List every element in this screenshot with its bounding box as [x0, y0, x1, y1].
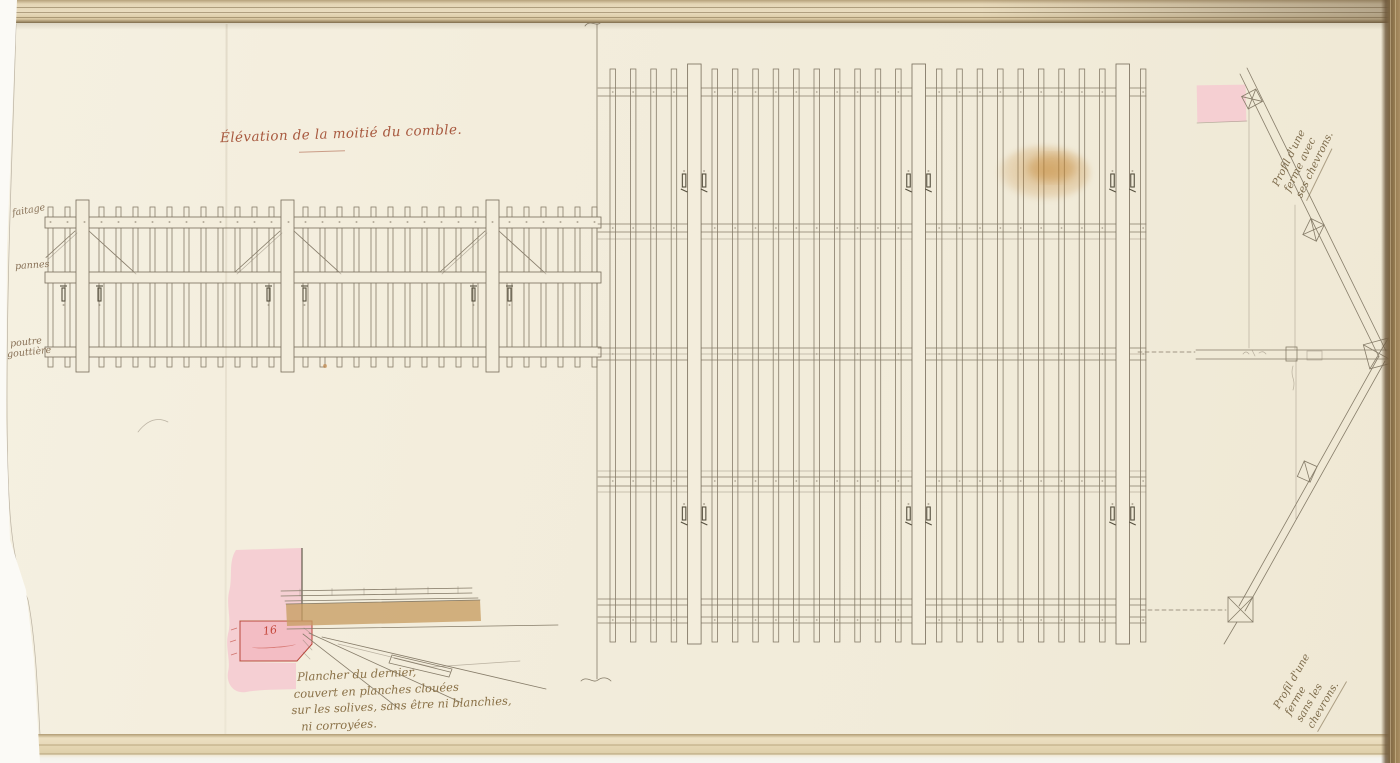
hook-hardware — [927, 174, 931, 187]
nail-dot — [1142, 480, 1144, 482]
rafter-slat — [235, 207, 240, 367]
hook-dot — [703, 503, 705, 505]
nail-dot — [543, 221, 545, 223]
joist — [875, 69, 881, 642]
nail-dot — [775, 480, 777, 482]
hook-hardware — [1131, 507, 1135, 520]
hook-hardware — [702, 174, 706, 187]
joist — [773, 69, 779, 642]
hook-hardware — [1109, 189, 1116, 192]
lower-rafter-line-1 — [1245, 361, 1385, 611]
beam-band — [45, 347, 601, 357]
nail-dot — [755, 619, 757, 621]
nail-dot — [271, 221, 273, 223]
joist — [936, 69, 942, 642]
rafter-slat — [371, 207, 376, 367]
hook-hardware — [1109, 522, 1116, 525]
nail-dot — [857, 227, 859, 229]
cleat-hardware — [62, 288, 65, 301]
nail-dot — [897, 619, 899, 621]
nail-dot — [755, 227, 757, 229]
rafter-slat — [48, 207, 53, 367]
misc-marks — [7, 0, 1182, 735]
ridge-tick — [775, 353, 776, 354]
nail-dot — [169, 221, 171, 223]
nail-dot — [816, 619, 818, 621]
nail-dot — [653, 91, 655, 93]
joist — [753, 69, 759, 642]
rafter-slat — [541, 207, 546, 367]
nail-dot — [458, 221, 460, 223]
nail-dot — [734, 480, 736, 482]
nail-dot — [1081, 619, 1083, 621]
nail-dot — [407, 221, 409, 223]
nail-dot — [220, 221, 222, 223]
nail-dot — [653, 227, 655, 229]
joist — [977, 69, 983, 642]
page-edge-streak — [1390, 0, 1391, 763]
ridge-tick — [898, 353, 899, 354]
nail-dot — [67, 221, 69, 223]
rafter-slat — [405, 207, 410, 367]
plank-line-2 — [281, 593, 472, 596]
rafter-slat — [303, 207, 308, 367]
nail-dot — [118, 221, 120, 223]
nail-dot — [237, 221, 239, 223]
nail-dot — [673, 480, 675, 482]
cleat-hardware — [267, 288, 270, 301]
nail-dot — [612, 480, 614, 482]
nail-dot — [632, 619, 634, 621]
rafter-slat — [99, 207, 104, 367]
ridge-tick — [612, 353, 613, 354]
diagonal-brace — [91, 233, 136, 274]
cleat-hardware — [303, 288, 306, 301]
nail-dot — [755, 91, 757, 93]
nail-dot — [1061, 480, 1063, 482]
truss-profile-drawing — [1138, 68, 1395, 644]
cleat-dot — [509, 304, 511, 306]
nail-dot — [897, 227, 899, 229]
page-stack-top-edge — [0, 0, 1400, 23]
hook-hardware — [681, 522, 688, 525]
rafter-slat — [269, 207, 274, 367]
axis-break-mark-bottom — [581, 678, 611, 681]
nail-dot — [1020, 91, 1022, 93]
nail-dot — [322, 221, 324, 223]
plank-line-1 — [281, 588, 472, 591]
nail-dot — [1040, 91, 1042, 93]
joist — [630, 69, 636, 642]
roof-elevation-drawing — [45, 200, 601, 372]
rafter-slat — [558, 207, 563, 367]
nail-dot — [714, 227, 716, 229]
nail-dot — [897, 91, 899, 93]
hook-dot — [927, 503, 929, 505]
hook-hardware — [682, 507, 686, 520]
board-bottom-edge — [287, 625, 558, 629]
hook-hardware — [907, 174, 911, 187]
ridge-tick — [1061, 353, 1062, 354]
wood-tan-wash — [286, 600, 481, 626]
cleat-hardware — [472, 288, 475, 301]
nail-dot — [857, 480, 859, 482]
nail-dot — [1142, 91, 1144, 93]
nail-dot — [979, 619, 981, 621]
hook-hardware — [701, 522, 708, 525]
nail-dot — [441, 221, 443, 223]
nail-dot — [1040, 619, 1042, 621]
nail-dot — [959, 91, 961, 93]
nail-dot — [836, 91, 838, 93]
hook-dot — [683, 503, 685, 505]
nail-dot — [673, 619, 675, 621]
hook-hardware — [681, 189, 688, 192]
rafter-slat — [133, 207, 138, 367]
nail-dot — [1101, 227, 1103, 229]
diagonal-brace — [442, 233, 487, 274]
hook-dot — [683, 170, 685, 172]
joist — [998, 69, 1004, 642]
nail-dot — [492, 221, 494, 223]
nail-dot — [877, 227, 879, 229]
nail-dot — [979, 91, 981, 93]
hook-hardware — [1129, 189, 1136, 192]
nail-dot — [836, 619, 838, 621]
nail-dot — [152, 221, 154, 223]
nail-dot — [1040, 227, 1042, 229]
rafter-slat — [439, 207, 444, 367]
rafter-slat — [150, 207, 155, 367]
ridge-tick — [1020, 353, 1021, 354]
page-edge-streak — [1395, 0, 1396, 763]
nail-dot — [653, 480, 655, 482]
top-edge-corner-shadow — [980, 0, 1400, 23]
rafter-slat — [167, 207, 172, 367]
nail-dot — [526, 221, 528, 223]
cleat-dot — [304, 304, 306, 306]
nail-dot — [959, 480, 961, 482]
nail-dot — [424, 221, 426, 223]
nail-dot — [857, 91, 859, 93]
hook-hardware — [1131, 174, 1135, 187]
nail-dot — [775, 619, 777, 621]
rafter-slat — [184, 207, 189, 367]
beam-band — [45, 272, 601, 283]
ridge-tick — [979, 353, 980, 354]
nail-dot — [653, 619, 655, 621]
nail-dot — [305, 221, 307, 223]
diagonal-brace — [235, 231, 280, 272]
diagonal-brace — [237, 233, 282, 274]
nail-dot — [877, 619, 879, 621]
tie-dimension-marks — [1243, 350, 1266, 356]
hook-hardware — [925, 522, 932, 525]
joist — [794, 69, 800, 642]
nail-dot — [1020, 480, 1022, 482]
nail-dot — [203, 221, 205, 223]
nail-dot — [288, 221, 290, 223]
binding-post — [912, 64, 926, 644]
post-annotation-squiggle — [1292, 366, 1294, 390]
hook-dot — [907, 503, 909, 505]
hook-hardware — [701, 189, 708, 192]
upper-purlin-section — [1303, 218, 1324, 241]
joist — [896, 69, 902, 642]
joist — [712, 69, 718, 642]
hook-hardware — [907, 507, 911, 520]
hook-hardware — [1111, 507, 1115, 520]
small-stain-dot — [323, 364, 327, 368]
nail-dot — [1081, 91, 1083, 93]
nail-dot — [714, 480, 716, 482]
diagonal-brace — [46, 231, 75, 257]
rafter-slat — [592, 207, 597, 367]
nail-dot — [999, 619, 1001, 621]
nail-dot — [612, 227, 614, 229]
joist — [855, 69, 861, 642]
nail-dot — [356, 221, 358, 223]
nail-dot — [673, 227, 675, 229]
cleat-dot — [99, 304, 101, 306]
nail-dot — [1081, 227, 1083, 229]
ridge-tick — [1142, 353, 1143, 354]
rafter-slat — [575, 207, 580, 367]
rafter-slat — [422, 207, 427, 367]
joist — [834, 69, 840, 642]
cleat-dot — [268, 304, 270, 306]
nail-dot — [714, 619, 716, 621]
nail-dot — [673, 91, 675, 93]
nail-dot — [857, 619, 859, 621]
rafter-slat — [218, 207, 223, 367]
nail-dot — [84, 221, 86, 223]
nail-dot — [979, 480, 981, 482]
nail-dot — [50, 221, 52, 223]
beam-section-label: 16 — [262, 623, 278, 638]
nail-dot — [1142, 227, 1144, 229]
nail-dot — [1061, 619, 1063, 621]
nail-dot — [714, 91, 716, 93]
rafter-slat — [354, 207, 359, 367]
page-top-shadow — [0, 22, 1400, 30]
nail-dot — [795, 619, 797, 621]
rafter-slat — [201, 207, 206, 367]
joist — [1100, 69, 1106, 642]
hook-hardware — [1129, 522, 1136, 525]
cleat-hardware — [508, 288, 511, 301]
nail-dot — [632, 480, 634, 482]
nail-dot — [1061, 227, 1063, 229]
ridge-tick — [816, 353, 817, 354]
nail-dot — [509, 221, 511, 223]
nail-dot — [339, 221, 341, 223]
nail-dot — [938, 91, 940, 93]
rafter-slat — [388, 207, 393, 367]
nail-dot — [795, 91, 797, 93]
binding-post — [1116, 64, 1130, 644]
diagonal-brace — [501, 233, 546, 274]
joist — [671, 69, 677, 642]
nail-dot — [577, 221, 579, 223]
nail-dot — [1040, 480, 1042, 482]
hook-dot — [927, 170, 929, 172]
cleat-dot — [63, 304, 65, 306]
hook-hardware — [925, 189, 932, 192]
nail-dot — [1142, 619, 1144, 621]
truss-post — [76, 200, 89, 372]
nail-dot — [632, 91, 634, 93]
hook-dot — [1111, 503, 1113, 505]
nail-dot — [816, 480, 818, 482]
page-stack-right-edge — [1381, 0, 1400, 763]
nail-dot — [632, 227, 634, 229]
rafter-slat — [252, 207, 257, 367]
hook-dot — [1111, 170, 1113, 172]
nail-dot — [999, 91, 1001, 93]
nail-dot — [877, 480, 879, 482]
ridge-tick — [1102, 353, 1103, 354]
hook-hardware — [905, 522, 912, 525]
nail-dot — [999, 227, 1001, 229]
nail-dot — [877, 91, 879, 93]
nail-dot — [560, 221, 562, 223]
nail-dot — [1020, 227, 1022, 229]
nail-dot — [612, 91, 614, 93]
ridge-tick — [734, 353, 735, 354]
ridge-tick — [938, 353, 939, 354]
nail-dot — [897, 480, 899, 482]
nail-dot — [816, 227, 818, 229]
ink-stain — [998, 146, 1090, 200]
diagonal-brace — [48, 233, 77, 259]
hook-hardware — [1111, 174, 1115, 187]
nail-dot — [775, 227, 777, 229]
rafter-slat — [473, 207, 478, 367]
joist — [957, 69, 963, 642]
nail-dot — [836, 480, 838, 482]
nail-dot — [1020, 619, 1022, 621]
pencil-stray-mark — [138, 420, 168, 432]
hook-dot — [1131, 503, 1133, 505]
nail-dot — [135, 221, 137, 223]
nail-dot — [959, 227, 961, 229]
rafter-slat — [456, 207, 461, 367]
nail-dot — [734, 619, 736, 621]
nail-dot — [734, 227, 736, 229]
nail-dot — [186, 221, 188, 223]
truss-post — [486, 200, 499, 372]
nail-dot — [795, 480, 797, 482]
nail-dot — [938, 480, 940, 482]
nail-dot — [1081, 480, 1083, 482]
ridge-tick — [857, 353, 858, 354]
hook-hardware — [927, 507, 931, 520]
rafter-slat — [337, 207, 342, 367]
hook-dot — [907, 170, 909, 172]
joist — [732, 69, 738, 642]
nail-dot — [475, 221, 477, 223]
joist — [814, 69, 820, 642]
joist — [1079, 69, 1085, 642]
hook-hardware — [682, 174, 686, 187]
rafter-tail — [1224, 622, 1237, 644]
nail-dot — [816, 91, 818, 93]
binding-post — [688, 64, 702, 644]
nail-dot — [1101, 480, 1103, 482]
nail-dot — [390, 221, 392, 223]
nail-dot — [795, 227, 797, 229]
cleat-hardware — [98, 288, 101, 301]
hook-dot — [703, 170, 705, 172]
detail-note: Plancher du dernier, couvert en planches… — [297, 659, 520, 735]
joist — [610, 69, 616, 642]
nail-dot — [594, 221, 596, 223]
lower-rafter-line-2 — [1239, 356, 1379, 606]
nail-dot — [1061, 91, 1063, 93]
lower-left-joint-box — [1228, 597, 1253, 622]
nail-dot — [836, 227, 838, 229]
nail-dot — [373, 221, 375, 223]
nail-dot — [775, 91, 777, 93]
joist — [651, 69, 657, 642]
nail-dot — [101, 221, 103, 223]
rafter-slat — [524, 207, 529, 367]
joist — [1140, 69, 1146, 642]
scanned-drawing-page: Élévation de la moitié du comble. faitag… — [0, 0, 1400, 763]
nail-dot — [959, 619, 961, 621]
rafter-slat — [320, 207, 325, 367]
cleat-dot — [473, 304, 475, 306]
nail-dot — [755, 480, 757, 482]
truss-post — [281, 200, 294, 372]
rafter-slat — [116, 207, 121, 367]
nail-dot — [999, 480, 1001, 482]
ridge-tick — [653, 353, 654, 354]
nail-dot — [612, 619, 614, 621]
drawing-linework — [0, 0, 1400, 763]
nail-dot — [734, 91, 736, 93]
hook-hardware — [905, 189, 912, 192]
nail-dot — [938, 227, 940, 229]
nail-dot — [1101, 91, 1103, 93]
hook-dot — [1131, 170, 1133, 172]
rafter-slat — [507, 207, 512, 367]
ridge-pink-wash — [1197, 85, 1247, 123]
nail-dot — [1101, 619, 1103, 621]
rafter-slat — [65, 207, 70, 367]
page-stack-bottom-edge — [0, 734, 1400, 763]
nail-dot — [938, 619, 940, 621]
hook-hardware — [702, 507, 706, 520]
nail-dot — [254, 221, 256, 223]
nail-dot — [979, 227, 981, 229]
